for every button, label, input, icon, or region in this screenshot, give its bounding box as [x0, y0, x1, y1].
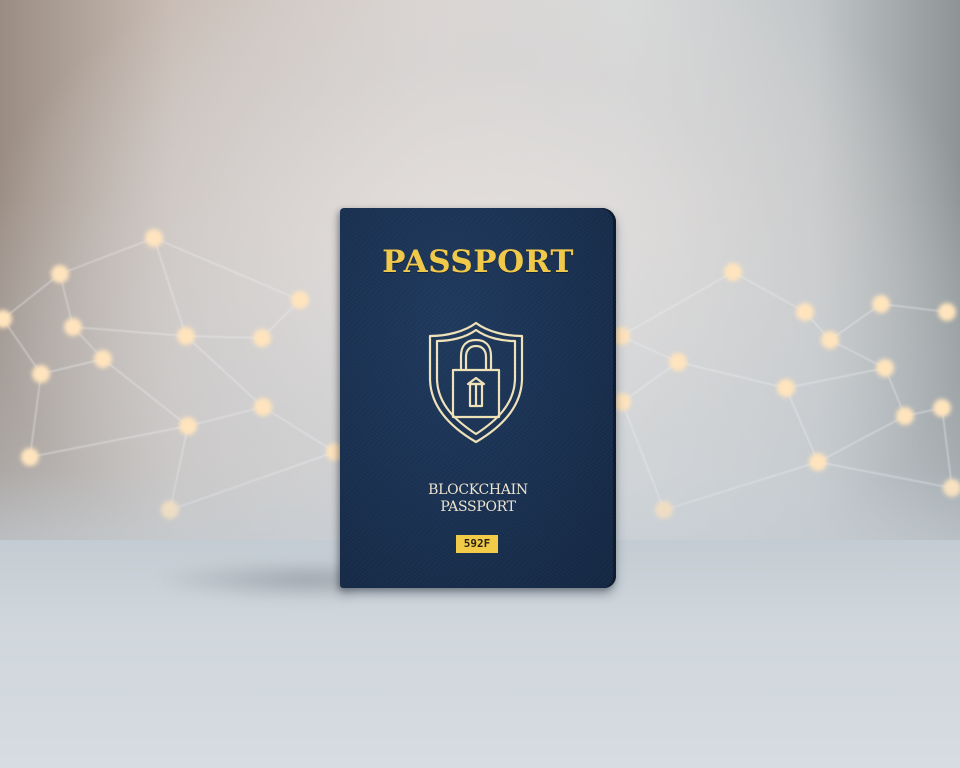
shield-padlock-icon	[426, 320, 526, 446]
passport-title: PASSPORT	[340, 244, 616, 280]
passport-code-badge: 592F	[456, 535, 498, 553]
passport-cover: PASSPORT BLOCKCHAIN PASSPORT 592F	[340, 208, 616, 588]
passport-subtitle-line1: BLOCKCHAIN	[340, 482, 616, 498]
passport-subtitle-line2: PASSPORT	[340, 499, 616, 515]
passport-shadow	[150, 560, 350, 600]
